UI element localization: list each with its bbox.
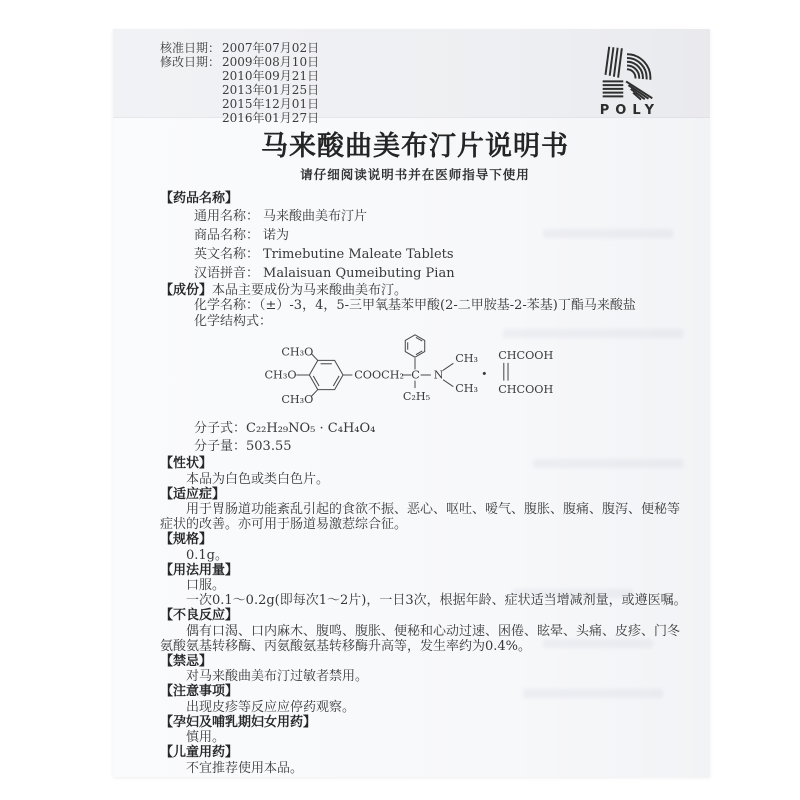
molecular-weight-label: 分子量： bbox=[194, 439, 246, 454]
pregnancy-use-text: 慎用。 bbox=[160, 730, 670, 745]
strength-text: 0.1g。 bbox=[160, 548, 670, 563]
central-carbon-label: C bbox=[411, 369, 420, 382]
nitrogen-label: N bbox=[434, 369, 444, 382]
ester-group-label: COOCH₂ bbox=[354, 369, 404, 382]
section-header-pregnancy-use: 【孕妇及哺乳期妇女用药】 bbox=[160, 715, 670, 731]
poly-logo-text: POLY bbox=[594, 103, 660, 118]
chemical-structure-diagram: CH₃O CH₃O CH₃O COOCH₂ C C₂H₅ N CH₃ CH₃ ·… bbox=[250, 332, 580, 418]
revision-date-line: 2016年01月27日 bbox=[160, 111, 319, 125]
english-name-label: 英文名称： bbox=[194, 247, 259, 262]
adverse-reactions-line2: 氨酸氨基转移酶、丙氨酸氨基转移酶升高等，发生率约为0.4%。 bbox=[160, 639, 670, 654]
section-header-contraindications: 【禁忌】 bbox=[160, 654, 670, 670]
revision-date-label: 修改日期： bbox=[160, 55, 222, 69]
revision-date-line: 2013年01月25日 bbox=[160, 83, 319, 97]
chemical-structure: CH₃O CH₃O CH₃O COOCH₂ C C₂H₅ N CH₃ CH₃ ·… bbox=[250, 332, 670, 418]
maleate-bottom-label: CHCOOH bbox=[498, 383, 553, 396]
structure-label-line: 化学结构式： bbox=[160, 314, 670, 330]
section-header-description: 【性状】 bbox=[160, 456, 670, 472]
leaflet-header: 核准日期：2007年07月02日 修改日期：2009年08月10日 2010年0… bbox=[160, 41, 670, 125]
generic-name-line: 通用名称：马来酸曲美布汀片 bbox=[160, 207, 670, 226]
indications-text-line1: 用于胃肠道功能紊乱引起的食欲不振、恶心、呕吐、嗳气、腹胀、腹痛、腹泻、便秘等 bbox=[160, 502, 670, 517]
english-name-value: Trimebutine Maleate Tablets bbox=[263, 247, 454, 262]
dosage-amount-line: 一次0.1～0.2g(即每次1～2片)，一日3次，根据年龄、症状适当增减剂量，或… bbox=[160, 593, 670, 608]
revision-date-value: 2013年01月25日 bbox=[222, 83, 319, 97]
molecular-weight-value: 503.55 bbox=[246, 439, 292, 454]
molecular-formula-label: 分子式： bbox=[194, 421, 246, 436]
revision-date-value: 2015年12月01日 bbox=[222, 97, 319, 111]
generic-name-label: 通用名称： bbox=[194, 209, 259, 224]
leaflet-content: 核准日期：2007年07月02日 修改日期：2009年08月10日 2010年0… bbox=[113, 29, 710, 776]
pinyin-name-value: Malaisuan Qumeibuting Pian bbox=[263, 266, 455, 281]
pinyin-name-label: 汉语拼音： bbox=[194, 266, 259, 281]
section-header-precautions: 【注意事项】 bbox=[160, 684, 670, 700]
pinyin-name-line: 汉语拼音：Malaisuan Qumeibuting Pian bbox=[160, 264, 670, 283]
methyl-top-label: CH₃ bbox=[455, 352, 478, 365]
molecular-formula-value: C₂₂H₂₉NO₅ · C₄H₄O₄ bbox=[246, 421, 375, 436]
maleate-top-label: CHCOOH bbox=[498, 349, 553, 362]
revision-date-value: 2009年08月10日 bbox=[222, 55, 319, 69]
approval-date-value: 2007年07月02日 bbox=[222, 41, 319, 55]
methoxy-top-label: CH₃O bbox=[281, 345, 313, 358]
molecular-formula-line: 分子式：C₂₂H₂₉NO₅ · C₄H₄O₄ bbox=[160, 420, 670, 438]
trade-name-label: 商品名称： bbox=[194, 228, 259, 243]
approval-date-label: 核准日期： bbox=[160, 41, 222, 55]
section-header-adverse-reactions: 【不良反应】 bbox=[160, 608, 670, 624]
structure-label: 化学结构式： bbox=[194, 314, 272, 329]
salt-dot: · bbox=[481, 364, 487, 384]
package-insert-page: 核准日期：2007年07月02日 修改日期：2009年08月10日 2010年0… bbox=[113, 29, 710, 777]
methyl-bottom-label: CH₃ bbox=[455, 382, 478, 395]
poly-logo: POLY bbox=[594, 44, 660, 118]
revision-date-value: 2016年01月27日 bbox=[222, 111, 319, 125]
section-header-pediatric-use: 【儿童用药】 bbox=[160, 745, 670, 761]
revision-date-line: 2015年12月01日 bbox=[160, 97, 319, 111]
indications-text-line2: 症状的改善。亦可用于肠道易激惹综合征。 bbox=[160, 517, 670, 532]
section-header-dosage: 【用法用量】 bbox=[160, 563, 670, 579]
revision-date-line: 修改日期：2009年08月10日 bbox=[160, 55, 319, 69]
ethyl-group-label: C₂H₅ bbox=[403, 390, 431, 403]
chemical-name-label: 化学名称： bbox=[194, 298, 259, 313]
english-name-line: 英文名称：Trimebutine Maleate Tablets bbox=[160, 245, 670, 264]
trade-name-value: 诺为 bbox=[263, 228, 289, 243]
poly-logo-icon bbox=[596, 44, 658, 102]
description-text: 本品为白色或类白色片。 bbox=[160, 472, 670, 487]
methoxy-mid-label: CH₃O bbox=[265, 369, 297, 382]
generic-name-value: 马来酸曲美布汀片 bbox=[263, 209, 367, 224]
molecular-weight-line: 分子量：503.55 bbox=[160, 438, 670, 456]
section-header-strength: 【规格】 bbox=[160, 532, 670, 548]
date-block: 核准日期：2007年07月02日 修改日期：2009年08月10日 2010年0… bbox=[160, 41, 319, 125]
chemical-name-value: （±）-3，4，5-三甲氧基苯甲酸(2-二甲胺基-2-苯基)丁酯马来酸盐 bbox=[259, 298, 636, 313]
composition-header: 【成份】 bbox=[160, 283, 212, 298]
approval-date-line: 核准日期：2007年07月02日 bbox=[160, 41, 319, 55]
chemical-name-line: 化学名称：（±）-3，4，5-三甲氧基苯甲酸(2-二甲胺基-2-苯基)丁酯马来酸… bbox=[160, 298, 670, 314]
precautions-text: 出现皮疹等反应应停药观察。 bbox=[160, 700, 670, 715]
pediatric-use-text: 不宜推荐使用本品。 bbox=[160, 761, 670, 776]
document-title: 马来酸曲美布汀片说明书 bbox=[160, 131, 670, 162]
methoxy-bottom-label: CH₃O bbox=[281, 393, 313, 406]
revision-date-line: 2010年09月21日 bbox=[160, 69, 319, 83]
trade-name-line: 商品名称：诺为 bbox=[160, 226, 670, 245]
section-header-drug-name: 【药品名称】 bbox=[160, 191, 670, 207]
section-header-indications: 【适应症】 bbox=[160, 487, 670, 503]
dosage-route-line: 口服。 bbox=[160, 578, 670, 593]
revision-date-value: 2010年09月21日 bbox=[222, 69, 319, 83]
section-header-composition: 【成份】本品主要成份为马来酸曲美布汀。 bbox=[160, 283, 670, 299]
adverse-reactions-line1: 偶有口渴、口内麻木、腹鸣、腹胀、便秘和心动过速、困倦、眩晕、头痛、皮疹、门冬 bbox=[160, 624, 670, 639]
document-subtitle: 请仔细阅读说明书并在医师指导下使用 bbox=[160, 167, 670, 182]
contraindications-text: 对马来酸曲美布汀过敏者禁用。 bbox=[160, 669, 670, 684]
composition-intro: 本品主要成份为马来酸曲美布汀。 bbox=[212, 283, 407, 298]
